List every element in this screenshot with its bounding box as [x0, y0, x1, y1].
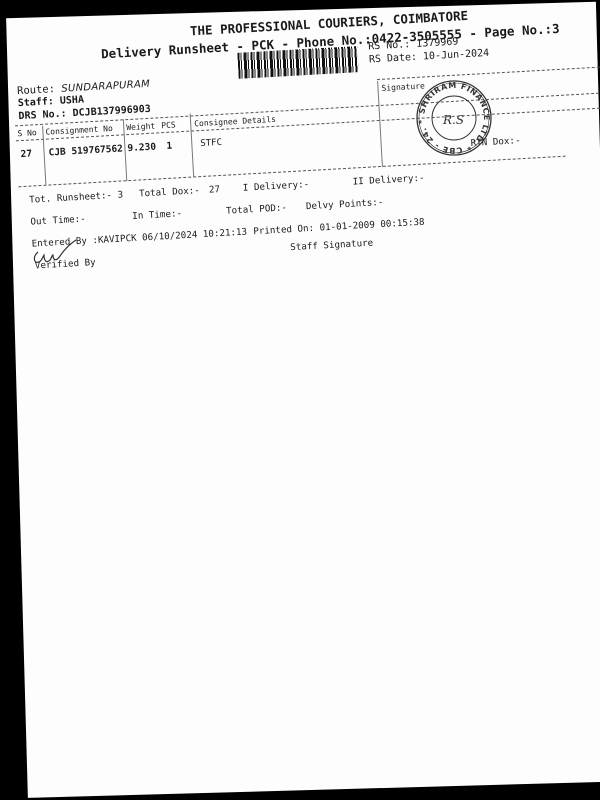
in-time: In Time:- [132, 208, 182, 222]
svg-text:R.S: R.S [442, 113, 464, 127]
route-value: SUNDARAPURAM [61, 79, 150, 95]
row-consignee-details: STFC [200, 138, 222, 149]
total-dox-label: Total Dox:- [139, 185, 200, 199]
ii-delivery: II Delivery:- [352, 173, 424, 188]
delvy-points: Delvy Points:- [306, 197, 384, 212]
total-pod: Total POD:- [226, 202, 287, 216]
route-label: Route: [17, 83, 62, 97]
column-divider [377, 81, 383, 167]
header-weight: Weight [126, 122, 155, 133]
handwritten-signature-icon [30, 238, 80, 268]
barcode-icon [237, 46, 358, 79]
page-number: Page No.:3 [484, 21, 560, 40]
row-pcs: 1 [166, 141, 172, 152]
runsheet-content: THE PROFESSIONAL COURIERS, COIMBATORE De… [0, 0, 600, 300]
i-delivery: I Delivery:- [243, 179, 310, 194]
staff-name: Staff: USHA [18, 94, 85, 109]
row-s-no: 27 [20, 148, 32, 160]
printed-on: Printed On: 01-01-2009 00:15:38 [253, 217, 425, 238]
header-pcs: PCS [161, 120, 176, 130]
delivery-runsheet-document: THE PROFESSIONAL COURIERS, COIMBATORE De… [0, 0, 600, 800]
staff-signature-label: Staff Signature [290, 238, 373, 254]
out-time: Out Time:- [30, 214, 86, 228]
row-weight: 9.230 [127, 142, 156, 155]
header-s-no: S No [17, 128, 37, 138]
seal-stamp-icon: SHRIRAM FINANCE LTD. * CBE - 24. * R.S [414, 78, 494, 158]
tot-runsheet: Tot. Runsheet:- 3 [29, 189, 124, 205]
total-dox-value: 27 [209, 184, 221, 196]
row-consignment-no: CJB 519767562 [48, 143, 123, 158]
